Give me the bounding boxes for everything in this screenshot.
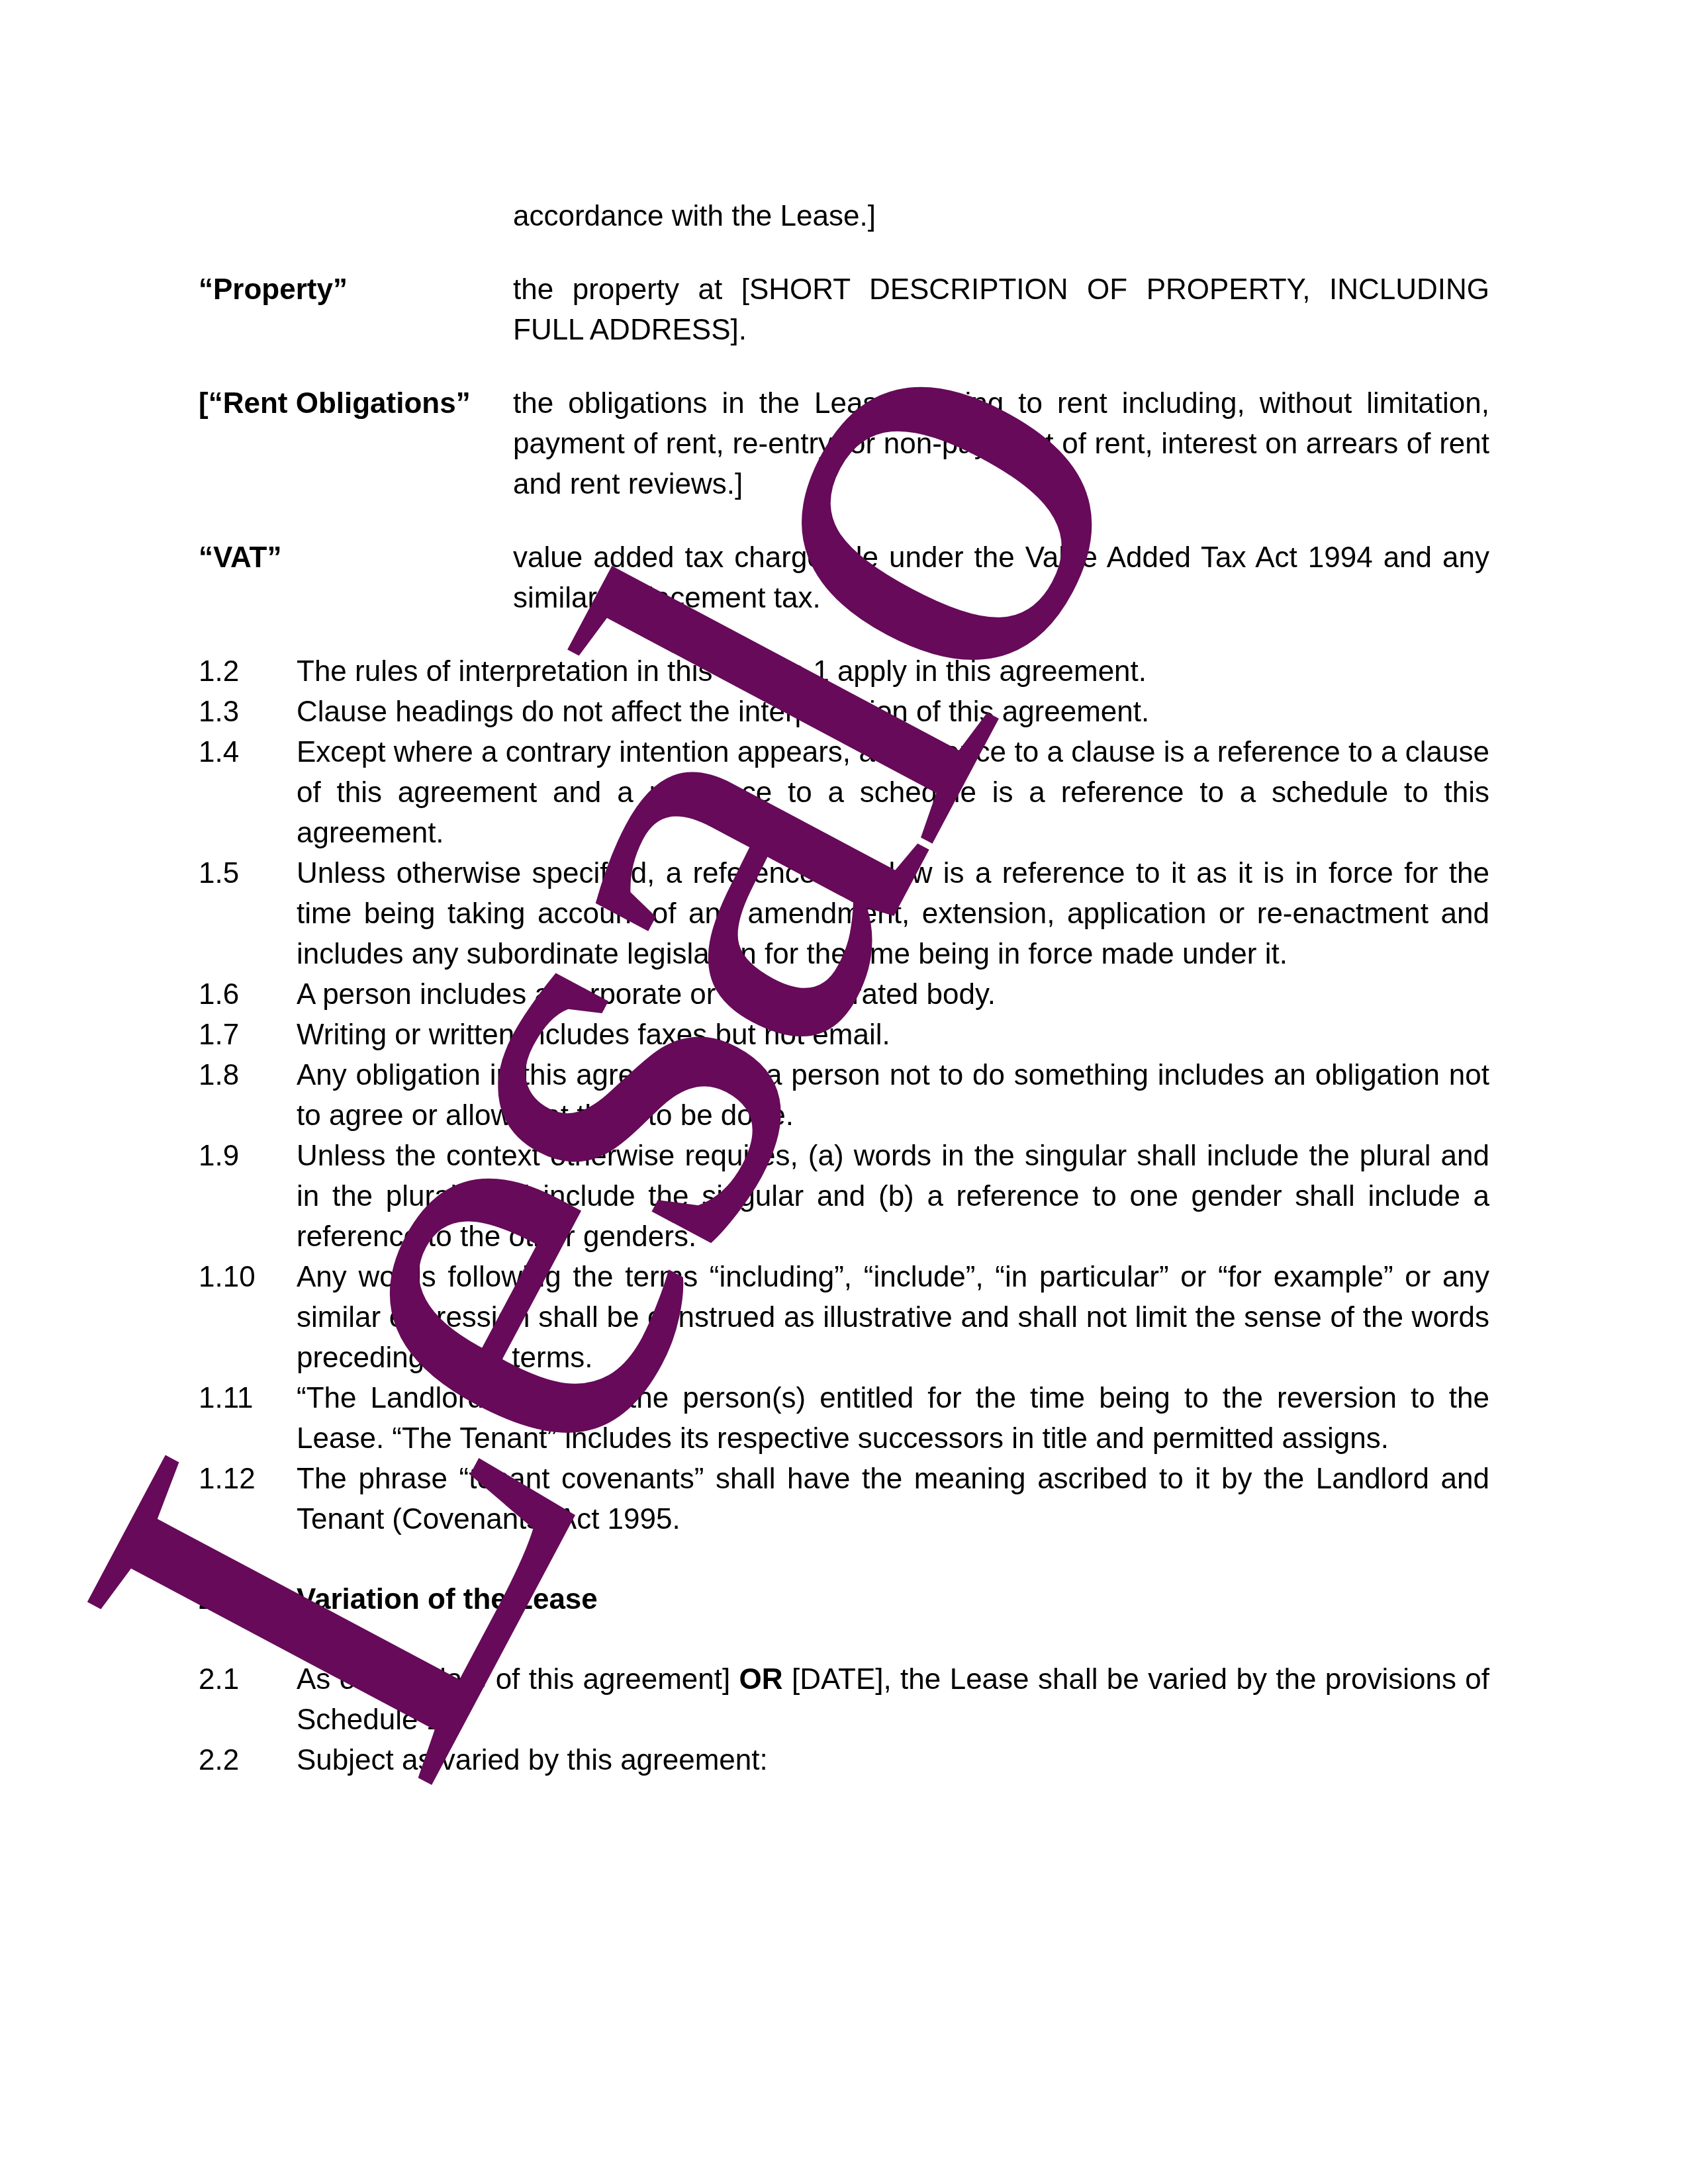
definition-text: the obligations in the Lease relating to…: [513, 383, 1489, 504]
section-heading: 2. Variation of the Lease: [199, 1579, 1489, 1619]
clause-2-2: 2.2 Subject as varied by this agreement:: [199, 1740, 1489, 1780]
document-content: accordance with the Lease.] “Property” t…: [199, 196, 1489, 1780]
clause-number: 1.2: [199, 651, 297, 692]
clause-text: Unless otherwise specified, a reference …: [297, 853, 1489, 974]
clause-number: 1.3: [199, 692, 297, 732]
clause-1-6: 1.6 A person includes a corporate or uni…: [199, 974, 1489, 1015]
clause-text: The phrase “tenant covenants” shall have…: [297, 1459, 1489, 1539]
definition-text: the property at [SHORT DESCRIPTION OF PR…: [513, 269, 1489, 350]
clause-number: 1.11: [199, 1378, 297, 1418]
clause-text: A person includes a corporate or unincor…: [297, 974, 1489, 1015]
clause-text-emphasis: OR: [739, 1663, 783, 1696]
definition-property: “Property” the property at [SHORT DESCRI…: [199, 269, 1489, 350]
clause-number: 2.2: [199, 1740, 297, 1780]
definition-term: [“Rent Obligations”: [199, 383, 513, 424]
clause-1-4: 1.4 Except where a contrary intention ap…: [199, 732, 1489, 853]
clause-text: Any obligation in this agreement on a pe…: [297, 1055, 1489, 1136]
clause-number: 2.1: [199, 1659, 297, 1700]
clause-text: Clause headings do not affect the interp…: [297, 692, 1489, 732]
definition-text: value added tax chargeable under the Val…: [513, 537, 1489, 618]
clause-text: Except where a contrary intention appear…: [297, 732, 1489, 853]
clause-1-5: 1.5 Unless otherwise specified, a refere…: [199, 853, 1489, 974]
clause-number: 1.10: [199, 1257, 297, 1297]
clause-number: 1.5: [199, 853, 297, 893]
clause-text: Writing or written includes faxes but no…: [297, 1015, 1489, 1055]
clause-text: The rules of interpretation in this clau…: [297, 651, 1489, 692]
clause-number: 1.12: [199, 1459, 297, 1499]
clause-number: 1.9: [199, 1136, 297, 1176]
section-title: Variation of the Lease: [297, 1579, 598, 1619]
clause-1-11: 1.11 “The Landlord” includes the person(…: [199, 1378, 1489, 1459]
clause-1-10: 1.10 Any words following the terms “incl…: [199, 1257, 1489, 1378]
clause-text: Any words following the terms “including…: [297, 1257, 1489, 1378]
clause-number: 1.7: [199, 1015, 297, 1055]
clause-1-8: 1.8 Any obligation in this agreement on …: [199, 1055, 1489, 1136]
clause-1-7: 1.7 Writing or written includes faxes bu…: [199, 1015, 1489, 1055]
clause-2-1: 2.1 As of [the date of this agreement] O…: [199, 1659, 1489, 1740]
definition-vat: “VAT” value added tax chargeable under t…: [199, 537, 1489, 618]
section-number: 2.: [199, 1579, 297, 1619]
clause-1-12: 1.12 The phrase “tenant covenants” shall…: [199, 1459, 1489, 1539]
clause-text: “The Landlord” includes the person(s) en…: [297, 1378, 1489, 1459]
document-page: accordance with the Lease.] “Property” t…: [0, 0, 1688, 2184]
clause-text: Unless the context otherwise requires, (…: [297, 1136, 1489, 1257]
definition-continuation: accordance with the Lease.]: [199, 196, 1489, 236]
clause-number: 1.8: [199, 1055, 297, 1095]
definition-continuation-text: accordance with the Lease.]: [513, 200, 876, 232]
clause-text-part: As of [the date of this agreement]: [297, 1663, 739, 1696]
clause-1-3: 1.3 Clause headings do not affect the in…: [199, 692, 1489, 732]
clause-1-9: 1.9 Unless the context otherwise require…: [199, 1136, 1489, 1257]
clause-text: As of [the date of this agreement] OR [D…: [297, 1659, 1489, 1740]
clause-1-2: 1.2 The rules of interpretation in this …: [199, 651, 1489, 692]
definition-term: “VAT”: [199, 537, 513, 578]
definition-rent-obligations: [“Rent Obligations” the obligations in t…: [199, 383, 1489, 504]
definition-term: “Property”: [199, 269, 513, 310]
clause-number: 1.4: [199, 732, 297, 772]
clause-text: Subject as varied by this agreement:: [297, 1740, 1489, 1780]
clause-number: 1.6: [199, 974, 297, 1015]
